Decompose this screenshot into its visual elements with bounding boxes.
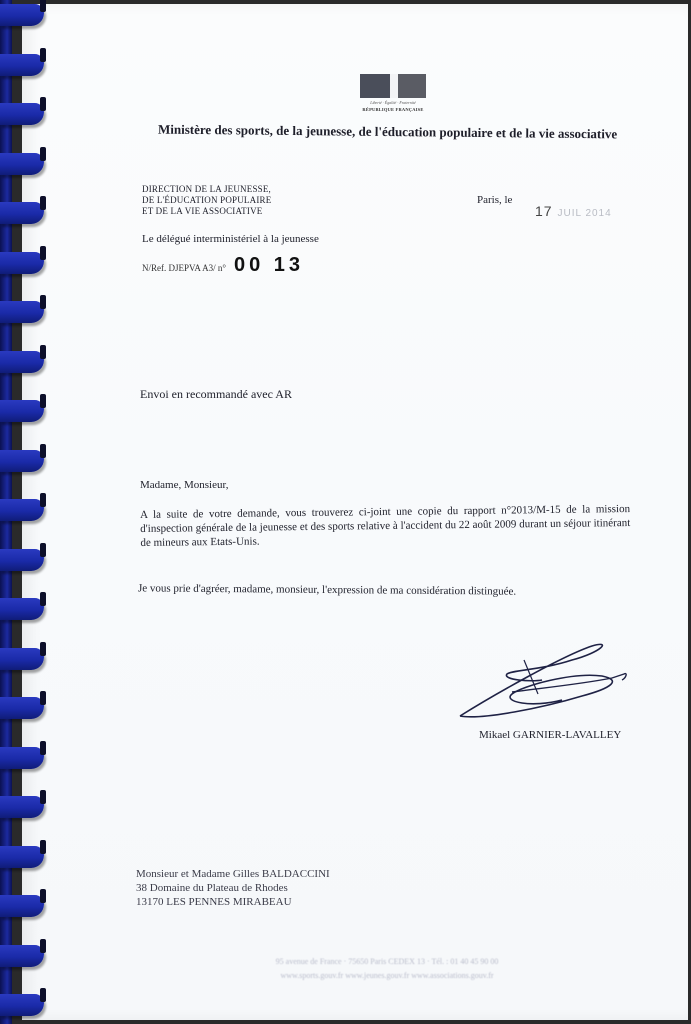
footer-websites: www.sports.gouv.fr www.jeunes.gouv.fr ww…	[222, 969, 552, 983]
ministry-title: Ministère des sports, de la jeunesse, de…	[158, 122, 617, 143]
binding-ring	[0, 450, 44, 472]
spiral-binding	[0, 0, 48, 1024]
reference-label: N/Ref. DJEPVA A3/ n°	[142, 263, 226, 273]
direction-line: ET DE LA VIE ASSOCIATIVE	[142, 206, 271, 217]
addressee-line: 13170 LES PENNES MIRABEAU	[136, 895, 330, 909]
logo-flag-right	[398, 74, 426, 98]
closing-formula: Je vous prie d'agréer, madame, monsieur,…	[138, 582, 516, 597]
binding-ring	[0, 945, 44, 967]
binding-ring	[0, 994, 44, 1016]
delegate-title: Le délégué interministériel à la jeuness…	[142, 233, 319, 245]
date-stamp: 17 JUIL 2014	[535, 203, 612, 219]
binding-ring	[0, 252, 44, 274]
logo-flag-middle	[390, 74, 398, 98]
salutation: Madame, Monsieur,	[140, 479, 228, 491]
footer-address: 95 avenue de France · 75650 Paris CEDEX …	[222, 955, 552, 969]
reference-number: 00 13	[234, 254, 304, 276]
binding-ring	[0, 598, 44, 620]
binding-ring	[0, 747, 44, 769]
marianne-logo: Liberté · Égalité · Fraternité RÉPUBLIQU…	[358, 74, 428, 116]
binding-ring	[0, 846, 44, 868]
handwritten-signature	[452, 636, 632, 726]
binding-ring	[0, 54, 44, 76]
binding-ring	[0, 796, 44, 818]
binding-ring	[0, 895, 44, 917]
logo-republic: RÉPUBLIQUE FRANÇAISE	[358, 107, 428, 112]
binding-ring	[0, 153, 44, 175]
direction-line: DE L'ÉDUCATION POPULAIRE	[142, 195, 271, 206]
footer: 95 avenue de France · 75650 Paris CEDEX …	[222, 955, 552, 983]
date-day: 17	[535, 203, 553, 219]
signer-name: Mikael GARNIER-LAVALLEY	[479, 729, 621, 741]
binding-ring	[0, 648, 44, 670]
direction-block: DIRECTION DE LA JEUNESSE, DE L'ÉDUCATION…	[142, 184, 271, 217]
delivery-note: Envoi en recommandé avec AR	[140, 387, 292, 402]
binding-ring	[0, 400, 44, 422]
binding-ring	[0, 697, 44, 719]
reference: N/Ref. DJEPVA A3/ n° 00 13	[142, 254, 304, 277]
binding-ring	[0, 301, 44, 323]
addressee-line: Monsieur et Madame Gilles BALDACCINI	[136, 867, 330, 881]
binding-ring	[0, 499, 44, 521]
direction-line: DIRECTION DE LA JEUNESSE,	[142, 184, 271, 195]
binding-ring	[0, 4, 44, 26]
binding-ring	[0, 351, 44, 373]
date-month-year: JUIL 2014	[557, 208, 611, 219]
letter-page: Liberté · Égalité · Fraternité RÉPUBLIQU…	[22, 4, 688, 1020]
binding-ring	[0, 549, 44, 571]
binding-ring	[0, 103, 44, 125]
addressee-block: Monsieur et Madame Gilles BALDACCINI 38 …	[136, 867, 330, 909]
addressee-line: 38 Domaine du Plateau de Rhodes	[136, 881, 330, 895]
logo-flag-left	[360, 74, 390, 98]
dateline-place: Paris, le	[477, 194, 512, 206]
logo-motto: Liberté · Égalité · Fraternité	[358, 100, 428, 105]
letter-body: A la suite de votre demande, vous trouve…	[140, 502, 630, 550]
binding-ring	[0, 202, 44, 224]
